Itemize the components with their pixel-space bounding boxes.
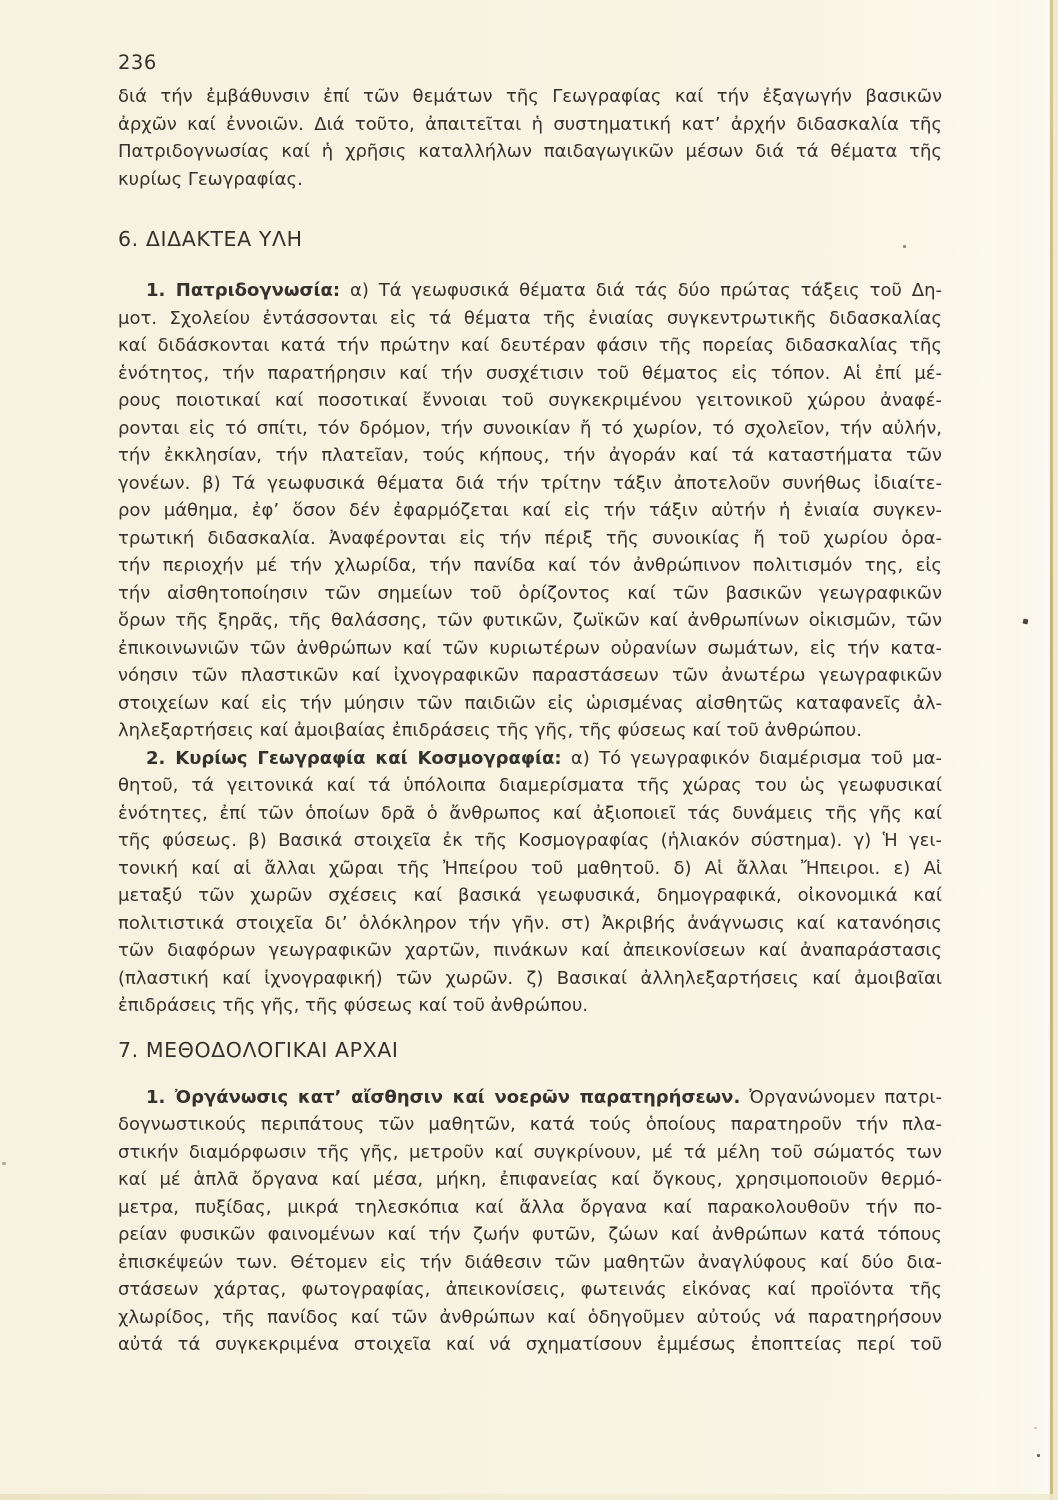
page-number: 236 [118,50,942,76]
text-line: ἀρχῶν καί ἐννοιῶν. Διά τοῦτο, ἀπαιτεῖται… [118,111,942,139]
text-line: ἑνότητος, τήν παρατήρησιν καί τήν συσχέτ… [118,360,942,388]
scanned-book-page: { "colors": { "paper": "#f8f3e1", "ink":… [0,0,1058,1500]
page-bottom-shadow [0,1494,1058,1500]
text-line: Πατριδογνωσίας καί ἡ χρῆσις καταλλήλων π… [118,138,942,166]
text-line: τρωτική διδασκαλία. Ἀναφέρονται εἰς τήν … [118,525,942,553]
page-edge-margin [1053,0,1058,1500]
text-line: δογνωστικούς περιπάτους τῶν μαθητῶν, κατ… [118,1111,942,1139]
text-line: καί διδάσκονται κατά τήν πρώτην καί δευτ… [118,332,942,360]
text-line: στοιχείων καί εἰς τήν μύησιν τῶν παιδιῶν… [118,690,942,718]
text-column: 236 διά τήν ἐμβάθυνσιν ἐπί τῶν θεμάτων τ… [118,50,942,1359]
text-line: μετρα, πυξίδας, μικρά τηλεσκόπια καί ἄλλ… [118,1194,942,1222]
section-heading: 6. ΔΙΔΑΚΤΕΑ ΥΛΗ [118,226,942,252]
text-line: τῆς φύσεως. β) Βασικά στοιχεῖα ἐκ τῆς Κο… [118,827,942,855]
text-line: διά τήν ἐμβάθυνσιν ἐπί τῶν θεμάτων τῆς Γ… [118,83,942,111]
text-line: (πλαστική καί ἰχνογραφική) τῶν χωρῶν. ζ)… [118,965,942,993]
paragraph: διά τήν ἐμβάθυνσιν ἐπί τῶν θεμάτων τῆς Γ… [118,83,942,193]
text-line: μοτ. Σχολείου ἐντάσσονται εἰς τά θέματα … [118,305,942,333]
text-line: τήν αἰσθητοποίησιν τῶν σημείων τοῦ ὁρίζο… [118,580,942,608]
text-line: γονέων. β) Τά γεωφυσικά θέματα διά τήν τ… [118,470,942,498]
bold-run-in-label: 2. Κυρίως Γεωγραφία καί Κοσμογραφία: [146,748,562,769]
text-line: κυρίως Γεωγραφίας. [118,166,942,194]
text-line: ἐπικοινωνιῶν τῶν ἀνθρώπων καί τῶν κυριωτ… [118,635,942,663]
text-line: 2. Κυρίως Γεωγραφία καί Κοσμογραφία: α) … [118,745,942,773]
section-heading: 7. ΜΕΘΟΔΟΛΟΓΙΚΑΙ ΑΡΧΑΙ [118,1037,942,1063]
bold-run-in-label: 1. Πατριδογνωσία: [146,280,340,301]
text-line: ἐπισκέψεών των. Θέτομεν εἰς τήν διάθεσιν… [118,1249,942,1277]
text-segment: α) Τό γεωγραφικόν διαμέρισμα τοῦ μα- [562,748,942,769]
scan-speck [1023,619,1029,625]
text-line: ἐπιδράσεις τῆς γῆς, τῆς φύσεως καί τοῦ ἀ… [118,992,942,1020]
text-line: ρους ποιοτικαί καί ποσοτικαί ἔννοιαι τοῦ… [118,387,942,415]
paragraph: 1. Ὀργάνωσις κατ’ αἴσθησιν καί νοερῶν πα… [118,1084,942,1359]
text-line: ἑνότητες, ἐπί τῶν ὁποίων δρᾶ ὁ ἄνθρωπος … [118,800,942,828]
text-line: 1. Ὀργάνωσις κατ’ αἴσθησιν καί νοερῶν πα… [118,1084,942,1112]
text-line: 1. Πατριδογνωσία: α) Τά γεωφυσικά θέματα… [118,277,942,305]
text-line: τήν ἐκκλησίαν, τήν πλατεῖαν, τούς κήπους… [118,442,942,470]
text-line: πολιτιστικά στοιχεῖα δι’ ὁλόκληρον τήν γ… [118,910,942,938]
text-line: τῶν διαφόρων γεωγραφικῶν χαρτῶν, πινάκων… [118,937,942,965]
text-line: ρονται εἰς τό σπίτι, τόν δρόμον, τήν συν… [118,415,942,443]
page-edge-glow [1007,0,1049,1500]
text-line: τήν περιοχήν μέ τήν χλωρίδα, τήν πανίδα … [118,552,942,580]
scan-speck [1037,1454,1040,1457]
text-line: ληλεξαρτήσεις καί ἀμοιβαίας ἐπιδράσεις τ… [118,717,942,745]
text-line: ὅρων τῆς ξηρᾶς, τῆς θαλάσσης, τῶν φυτικῶ… [118,607,942,635]
text-line: νόησιν τῶν πλαστικῶν καί ἰχνογραφικῶν πα… [118,662,942,690]
text-segment: α) Τά γεωφυσικά θέματα διά τάς δύο πρώτα… [340,280,942,301]
paragraph: 1. Πατριδογνωσία: α) Τά γεωφυσικά θέματα… [118,277,942,745]
text-line: θητοῦ, τά γειτονικά καί τά ὑπόλοιπα διαμ… [118,772,942,800]
scan-speck [2,1162,6,1165]
text-line: στικήν διαμόρφωσιν τῆς γῆς, μετροῦν καί … [118,1139,942,1167]
paragraph: 2. Κυρίως Γεωγραφία καί Κοσμογραφία: α) … [118,745,942,1020]
text-line: στάσεων χάρτας, φωτογραφίας, ἀπεικονίσει… [118,1276,942,1304]
bold-run-in-label: 1. Ὀργάνωσις κατ’ αἴσθησιν καί νοερῶν πα… [146,1087,740,1108]
text-line: τονική καί αἱ ἄλλαι χῶραι τῆς Ἠπείρου το… [118,855,942,883]
text-line: καί μέ ἁπλᾶ ὄργανα καί μέσα, μήκη, ἐπιφα… [118,1166,942,1194]
text-line: αὐτά τά συγκεκριμένα στοιχεῖα καί νά σχη… [118,1331,942,1359]
text-line: ρον μάθημα, ἐφ’ ὅσον δέν ἐφαρμόζεται καί… [118,497,942,525]
scan-speck [1034,1427,1037,1429]
text-segment: Ὀργανώνομεν πατρι- [740,1087,942,1108]
text-line: χλωρίδος, τῆς πανίδος καί τῶν ἀνθρώπων κ… [118,1304,942,1332]
text-line: μεταξύ τῶν χωρῶν σχέσεις καί βασικά γεωφ… [118,882,942,910]
text-line: ρείαν φυσικῶν φαινομένων καί τήν ζωήν φυ… [118,1221,942,1249]
